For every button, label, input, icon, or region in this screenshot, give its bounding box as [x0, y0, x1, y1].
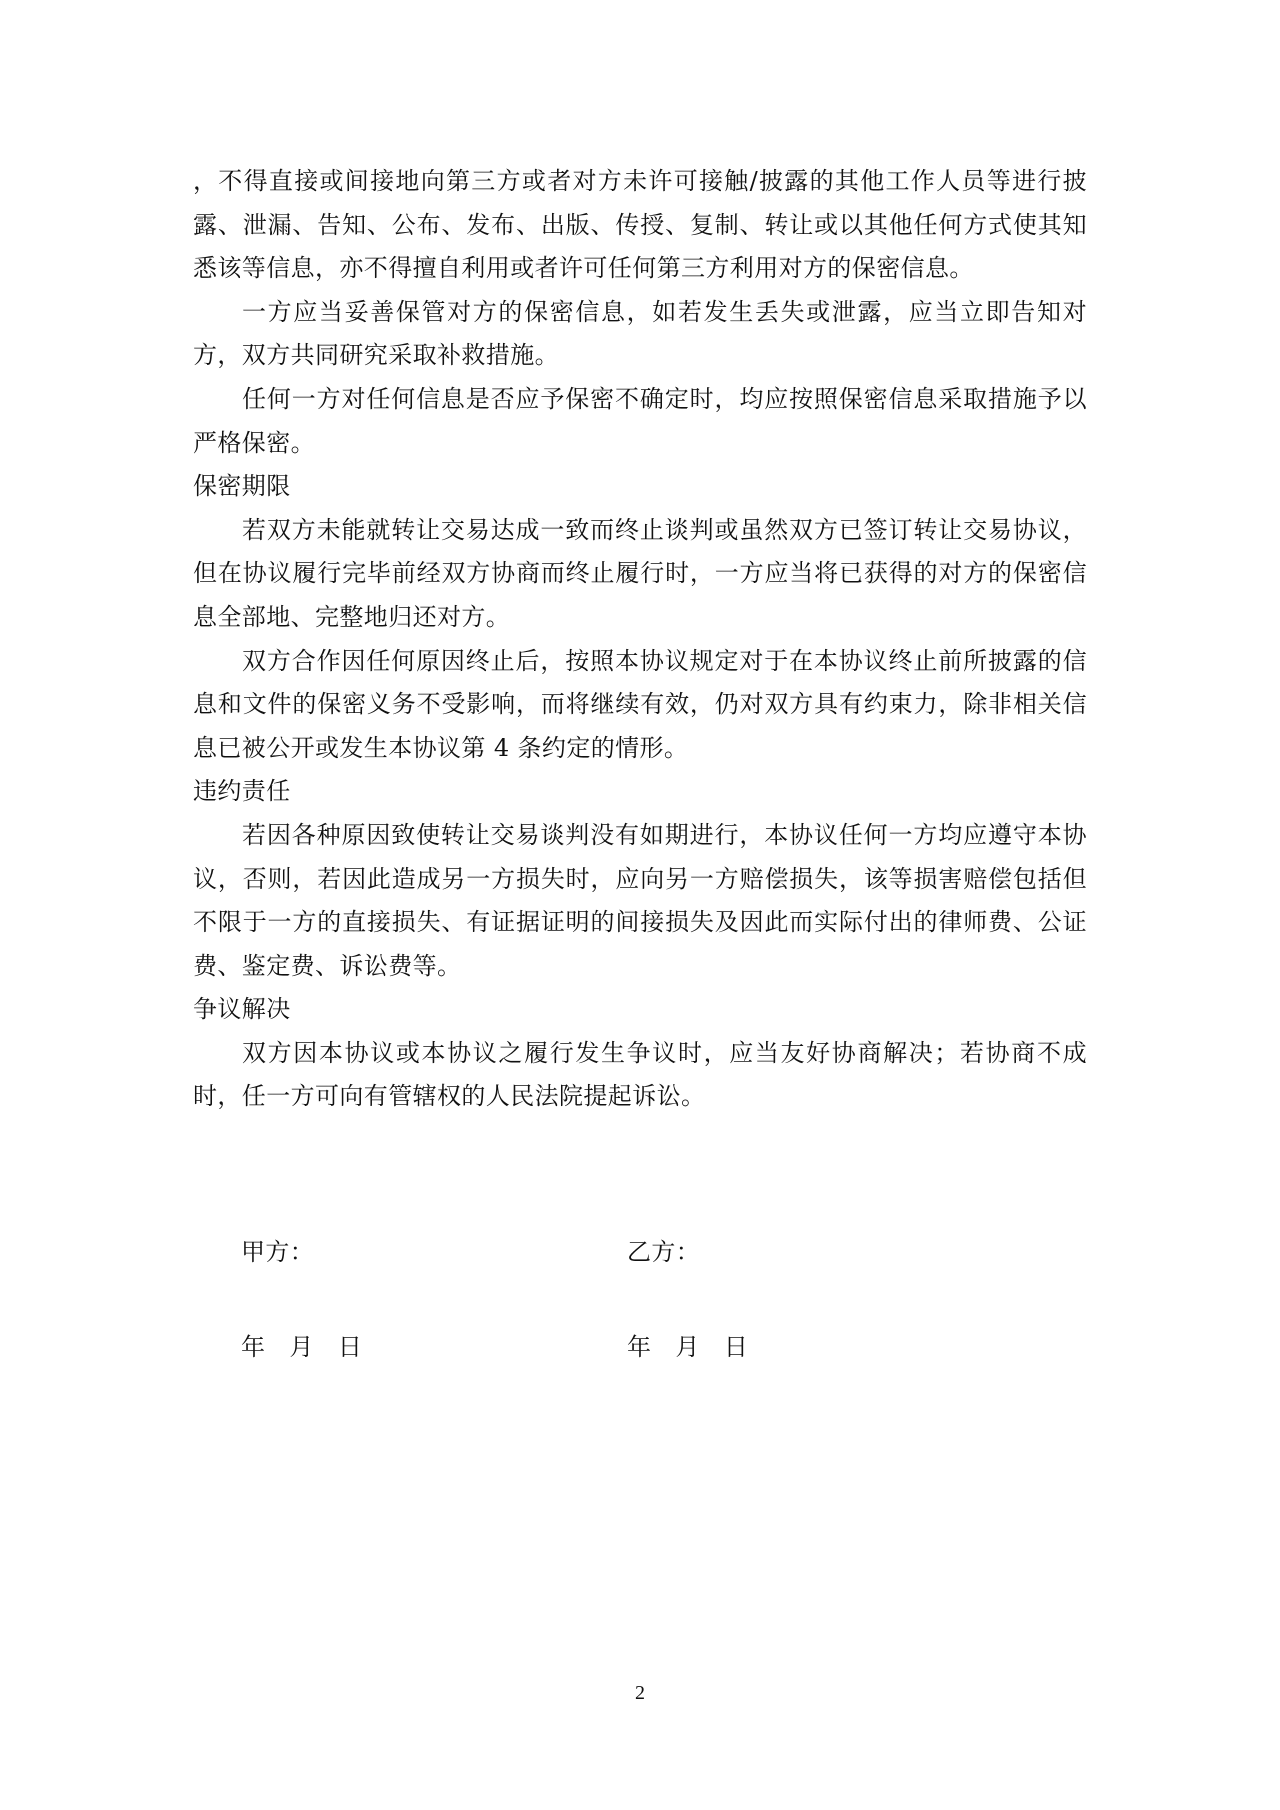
- paragraph-uncertain-info: 任何一方对任何信息是否应予保密不确定时，均应按照保密信息采取措施予以严格保密。: [193, 378, 1087, 465]
- date-month-label: 月: [675, 1332, 699, 1362]
- date-day-label: 日: [724, 1332, 748, 1362]
- date-year-label: 年: [241, 1332, 265, 1362]
- paragraph-obligation-survives: 双方合作因任何原因终止后，按照本协议规定对于在本协议终止前所披露的信息和文件的保…: [193, 640, 1087, 771]
- date-month-label: 月: [289, 1332, 313, 1362]
- paragraph-litigation: 双方因本协议或本协议之履行发生争议时，应当友好协商解决；若协商不成时，任一方可向…: [193, 1032, 1087, 1119]
- signature-party-b-label: 乙方：: [627, 1237, 700, 1267]
- document-page: ，不得直接或间接地向第三方或者对方未许可接触/披露的其他工作人员等进行披露、泄漏…: [0, 0, 1280, 1810]
- signature-party-a-date: 年月日: [241, 1332, 362, 1362]
- section-heading-breach-liability: 违约责任: [193, 770, 1087, 814]
- paragraph-confidentiality-continued: ，不得直接或间接地向第三方或者对方未许可接触/披露的其他工作人员等进行披露、泄漏…: [193, 160, 1087, 291]
- document-body: ，不得直接或间接地向第三方或者对方未许可接触/披露的其他工作人员等进行披露、泄漏…: [193, 160, 1087, 1119]
- paragraph-return-info: 若双方未能就转让交易达成一致而终止谈判或虽然双方已签订转让交易协议，但在协议履行…: [193, 509, 1087, 640]
- date-day-label: 日: [338, 1332, 362, 1362]
- page-number: 2: [0, 1680, 1280, 1706]
- date-year-label: 年: [627, 1332, 651, 1362]
- section-heading-confidentiality-period: 保密期限: [193, 465, 1087, 509]
- section-heading-dispute-resolution: 争议解决: [193, 988, 1087, 1032]
- signature-party-a-label: 甲方：: [241, 1237, 314, 1267]
- paragraph-compensation: 若因各种原因致使转让交易谈判没有如期进行，本协议任何一方均应遵守本协议，否则，若…: [193, 814, 1087, 988]
- paragraph-safekeeping: 一方应当妥善保管对方的保密信息，如若发生丢失或泄露，应当立即告知对方，双方共同研…: [193, 291, 1087, 378]
- signature-party-b-date: 年月日: [627, 1332, 748, 1362]
